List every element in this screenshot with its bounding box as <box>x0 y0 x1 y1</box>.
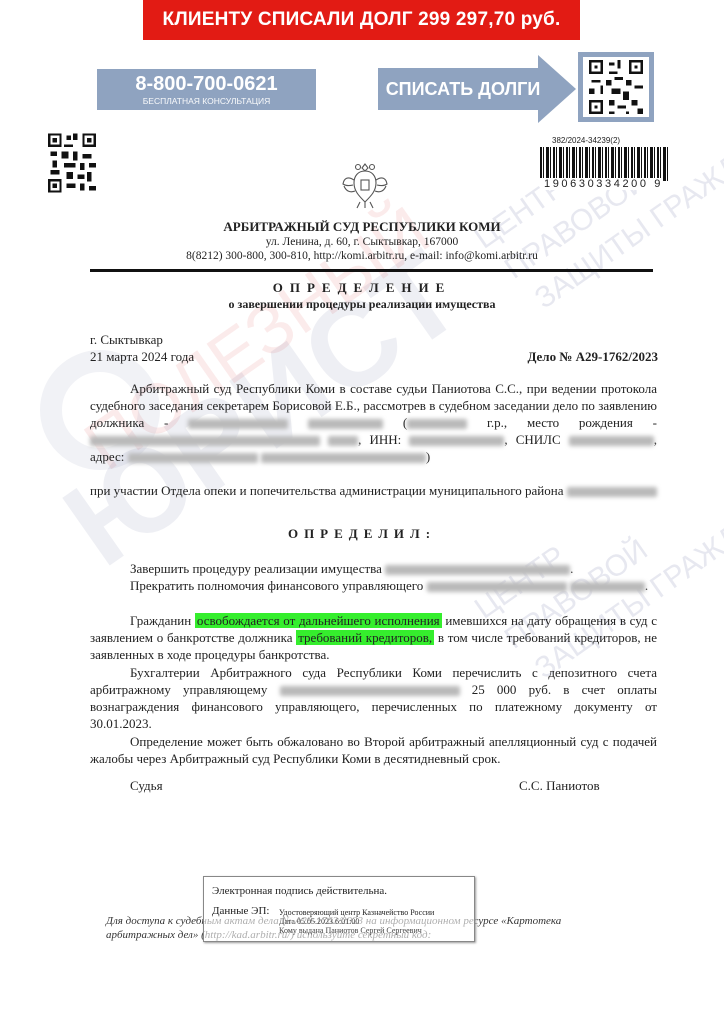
e-signature-issuer: Удостоверяющий центр Казначейство России <box>279 908 434 917</box>
e-signature-date: Дата 05.05.2023 6:01:00 <box>279 917 359 926</box>
decision-item-2-text: Прекратить полномочия финансового управл… <box>130 578 423 593</box>
judge-name: С.С. Паниотов <box>519 778 600 794</box>
decision-item-4: Бухгалтерии Арбитражного суда Республики… <box>90 664 657 732</box>
decision-item-1-text: Завершить процедуру реализации имущества <box>130 561 382 576</box>
decision-item-1: Завершить процедуру реализации имущества… <box>90 560 657 577</box>
document-city: г. Сыктывкар <box>90 332 163 348</box>
redacted-snils <box>569 436 654 446</box>
decided-heading: ОПРЕДЕЛИЛ: <box>0 526 724 542</box>
redacted-address-2 <box>261 453 426 463</box>
e-signature-valid: Электронная подпись действительна. <box>212 885 387 897</box>
decision-item-3-start: Гражданин <box>130 613 191 628</box>
watermark-left: ЮРИСТ <box>40 480 487 618</box>
participation-text: при участии Отдела опеки и попечительств… <box>90 483 563 498</box>
snils-label: , СНИЛС <box>504 432 560 447</box>
redacted-manager-full-name <box>280 686 460 696</box>
court-address: ул. Ленина, д. 60, г. Сыктывкар, 167000 <box>0 236 724 248</box>
redacted-birth-place-2 <box>328 436 358 446</box>
phone-caption: БЕСПЛАТНАЯ КОНСУЛЬТАЦИЯ <box>97 96 316 106</box>
barcode-bars <box>540 147 668 181</box>
redacted-birth-place <box>90 436 320 446</box>
promo-banner-text: КЛИЕНТУ СПИСАЛИ ДОЛГ 299 297,70 руб. <box>163 9 561 31</box>
case-number: Дело № А29-1762/2023 <box>527 349 658 365</box>
redacted-debtor-full-name <box>385 565 570 575</box>
promo-banner[interactable]: КЛИЕНТУ СПИСАЛИ ДОЛГ 299 297,70 руб. <box>143 0 580 40</box>
redacted-district <box>567 487 657 497</box>
write-off-debts-label: СПИСАТЬ ДОЛГИ <box>378 68 548 110</box>
redacted-birth-date <box>407 419 467 429</box>
document-date: 21 марта 2024 года <box>90 349 194 365</box>
qr-code-icon <box>48 133 96 193</box>
judge-role: Судья <box>130 778 163 794</box>
qr-code-icon <box>583 57 649 117</box>
decision-item-5-text: Определение может быть обжаловано во Вто… <box>90 734 657 766</box>
redacted-debtor-patronymic <box>308 419 383 429</box>
highlight-release-from-obligations: освобождается от дальнейшего исполнения <box>195 613 442 628</box>
barcode-code: 382/2024-34239(2) <box>540 136 668 145</box>
decision-item-2: Прекратить полномочия финансового управл… <box>90 577 657 594</box>
write-off-debts-button[interactable]: СПИСАТЬ ДОЛГИ <box>378 55 578 123</box>
russian-coat-of-arms-icon <box>340 158 390 210</box>
redacted-debtor-name <box>188 419 288 429</box>
e-signature-stamp: Электронная подпись действительна. Данны… <box>203 876 475 942</box>
inn-label: , ИНН: <box>358 432 401 447</box>
redacted-inn <box>409 436 504 446</box>
document-barcode: 382/2024-34239(2) 190630334200 9 <box>540 136 668 196</box>
participation-paragraph: при участии Отдела опеки и попечительств… <box>90 482 657 499</box>
redacted-manager-name <box>427 582 567 592</box>
header-divider <box>90 269 653 272</box>
document-subtitle: о завершении процедуры реализации имущес… <box>0 297 724 312</box>
phone-consultation-button[interactable]: 8-800-700-0621 БЕСПЛАТНАЯ КОНСУЛЬТАЦИЯ <box>97 69 316 110</box>
paren-close: ) <box>426 449 430 464</box>
intro-paragraph: Арбитражный суд Республики Коми в состав… <box>90 380 657 465</box>
barcode-digits: 190630334200 9 <box>540 178 663 190</box>
e-signature-data-label: Данные ЭП: <box>212 905 269 917</box>
court-contacts: 8(8212) 300-800, 300-810, http://komi.ar… <box>0 250 724 262</box>
document-title: ОПРЕДЕЛЕНИЕ <box>0 280 724 296</box>
redacted-address <box>128 453 258 463</box>
birth-place-label: г.р., место рождения - <box>487 415 657 430</box>
redacted-manager-patronymic <box>570 582 645 592</box>
e-signature-owner: Кому выдана Паниотов Сергей Сергеевич <box>279 926 422 935</box>
phone-number: 8-800-700-0621 <box>97 72 316 96</box>
court-name: АРБИТРАЖНЫЙ СУД РЕСПУБЛИКИ КОМИ <box>0 219 724 235</box>
decision-item-5: Определение может быть обжаловано во Вто… <box>90 733 657 767</box>
promo-qr-code[interactable] <box>578 52 654 122</box>
document-qr-code <box>48 133 96 193</box>
highlight-creditor-claims: требований кредиторов, <box>296 630 434 645</box>
decision-item-3: Гражданин освобождается от дальнейшего и… <box>90 612 657 663</box>
